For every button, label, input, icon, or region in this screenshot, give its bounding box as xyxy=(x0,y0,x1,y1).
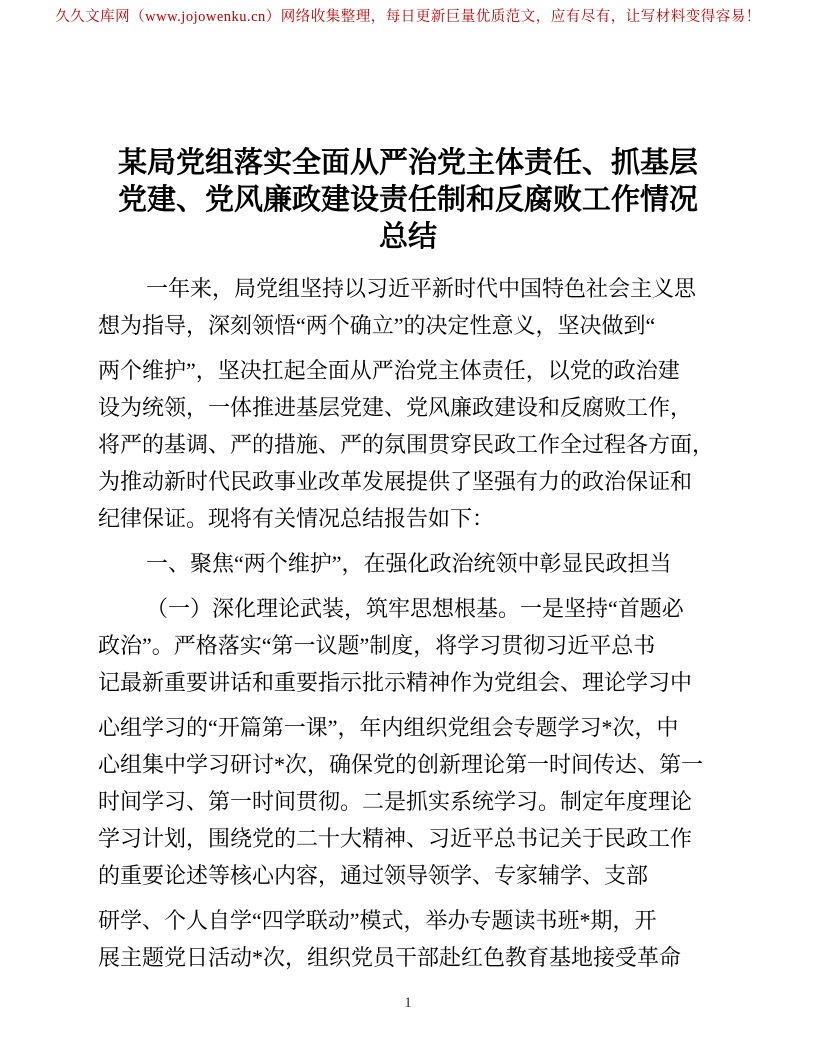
body-line: 的重要论述等核心内容，通过领导领学、专家辅学、支部 xyxy=(98,857,718,894)
body-line: 记最新重要讲话和重要指示批示精神作为党组会、理论学习中 xyxy=(98,664,718,701)
body-line: 展主题党日活动*次，组织党员干部赴红色教育基地接受革命 xyxy=(98,939,718,976)
body-line: 心组集中学习研讨*次，确保党的创新理论第一时间传达、第一 xyxy=(98,746,718,783)
page-number: 1 xyxy=(0,995,816,1012)
body-line: 时间学习、第一时间贯彻。二是抓实系统学习。制定年度理论 xyxy=(98,783,718,820)
body-line: 一年来，局党组坚持以习近平新时代中国特色社会主义思 xyxy=(98,270,718,307)
document-body: 一年来，局党组坚持以习近平新时代中国特色社会主义思 想为指导，深刻领悟“两个确立… xyxy=(0,270,816,976)
document-title: 某局党组落实全面从严治党主体责任、抓基层 党建、党风廉政建设责任制和反腐败工作情… xyxy=(0,145,816,256)
body-line: 为推动新时代民政事业改革发展提供了坚强有力的政治保证和 xyxy=(98,463,718,500)
body-line: 将严的基调、严的措施、严的氛围贯穿民政工作全过程各方面， xyxy=(98,426,718,463)
title-line: 党建、党风廉政建设责任制和反腐败工作情况 xyxy=(0,182,816,219)
body-line: 设为统领，一体推进基层党建、党风廉政建设和反腐败工作， xyxy=(98,389,718,426)
body-line: 纪律保证。现将有关情况总结报告如下： xyxy=(98,500,718,537)
title-line: 某局党组落实全面从严治党主体责任、抓基层 xyxy=(0,145,816,182)
body-line: 心组学习的“开篇第一课”，年内组织党组会专题学习*次，中 xyxy=(98,709,718,746)
title-line: 总结 xyxy=(0,219,816,256)
watermark-notice: 久久文库网（www.jojowenku.cn）网络收集整理，每日更新巨量优质范文… xyxy=(0,0,816,27)
body-line: 学习计划，围绕党的二十大精神、习近平总书记关于民政工作 xyxy=(98,820,718,857)
document-page: 久久文库网（www.jojowenku.cn）网络收集整理，每日更新巨量优质范文… xyxy=(0,0,816,1056)
section-heading: 一、聚焦“两个维护”，在强化政治统领中彰显民政担当 xyxy=(98,545,718,582)
body-line: 政治”。严格落实“第一议题”制度，将学习贯彻习近平总书 xyxy=(98,627,718,664)
body-line: 两个维护”，坚决扛起全面从严治党主体责任，以党的政治建 xyxy=(98,352,718,389)
body-line: 研学、个人自学“四学联动”模式，举办专题读书班*期，开 xyxy=(98,902,718,939)
body-line: （一）深化理论武装，筑牢思想根基。一是坚持“首题必 xyxy=(98,590,718,627)
body-line: 想为指导，深刻领悟“两个确立”的决定性意义，坚决做到“ xyxy=(98,307,718,344)
